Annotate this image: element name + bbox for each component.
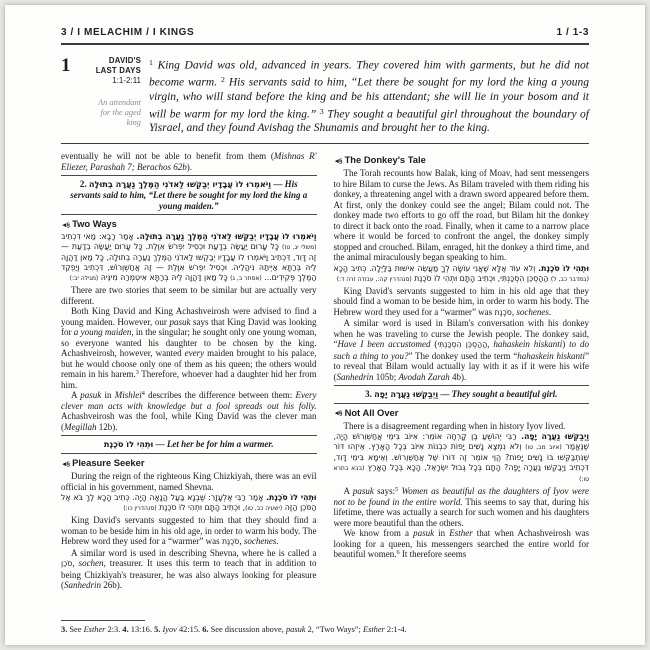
verse-commentary-divider bbox=[61, 143, 589, 144]
verse-comment-header: וּתְהִי לוֹ סֹכֶנֶת — Let her be for him… bbox=[67, 439, 311, 450]
verse-translation-text: 1 King David was old, advanced in years.… bbox=[149, 56, 589, 136]
commentary-paragraph: Both King David and King Achashveirosh w… bbox=[61, 306, 317, 390]
verse-comment-header: 2. וַיֹּאמְרוּ לוֹ עֲבָדָיו יְבַקְשׁוּ ל… bbox=[67, 179, 311, 211]
commentary-paragraph: A pasuk says:5 Women as beautiful as the… bbox=[334, 486, 590, 528]
commentary-paragraph: There is a disagreement regarding when i… bbox=[334, 421, 590, 432]
commentary-left-column: eventually he will not be able to benefi… bbox=[61, 151, 317, 591]
footnote-text: 3. See Esther 2:3. 4. 13:16. 5. Iyov 42:… bbox=[61, 625, 589, 635]
section-marker-icon: ◄§ bbox=[61, 222, 69, 229]
running-header: 3 / I MELACHIM / I KINGS 1 / 1-3 bbox=[61, 27, 589, 45]
divider-rule bbox=[61, 214, 317, 215]
commentary-columns: eventually he will not be able to benefi… bbox=[61, 151, 589, 591]
margin-summary-note: An attendant for the aged king bbox=[91, 98, 141, 128]
footnote-separator-rule bbox=[61, 620, 145, 621]
talmud-source-quote-hebrew: וַיֹּאמְרוּ לוֹ עֲבָדָיו יְבַקְשׁוּ לַאד… bbox=[61, 232, 317, 284]
verse-comment-header: 3. וַיְבַקְשׁוּ נַעֲרָה יָפָה — They sou… bbox=[340, 389, 584, 400]
margin-section-title: DAVID'S LAST DAYS bbox=[91, 56, 141, 75]
insight-section-label: Pleasure Seeker bbox=[72, 457, 144, 468]
divider-rule bbox=[61, 175, 317, 176]
talmud-source-quote-hebrew: וּתְהִי לוֹ סֹכֶנֶת. וְלֹא עוֹד אֶלָּא ש… bbox=[334, 264, 590, 285]
section-marker-icon: ◄§ bbox=[334, 410, 342, 417]
commentary-paragraph: A similar word is used in Bilam's conver… bbox=[334, 318, 590, 382]
insight-section-label: Not All Over bbox=[345, 407, 399, 418]
commentary-paragraph: During the reign of the righteous King C… bbox=[61, 471, 317, 492]
commentary-paragraph: King David's servants suggested to him t… bbox=[61, 515, 317, 548]
insight-section-label: Two Ways bbox=[72, 218, 117, 229]
divider-rule bbox=[334, 403, 590, 404]
insight-section-title: ◄§The Donkey's Tale bbox=[334, 155, 590, 167]
footnote-area: 3. See Esther 2:3. 4. 13:16. 5. Iyov 42:… bbox=[61, 620, 589, 635]
commentary-paragraph: King David's servants suggested to him i… bbox=[334, 286, 590, 319]
divider-rule bbox=[334, 385, 590, 386]
commentary-right-column: ◄§The Donkey's TaleThe Torah recounts ho… bbox=[334, 151, 590, 591]
commentary-paragraph: There are two stories that seem to be si… bbox=[61, 285, 317, 306]
commentary-paragraph: The Torah recounts how Balak, king of Mo… bbox=[334, 168, 590, 263]
insight-section-title: ◄§Not All Over bbox=[334, 408, 590, 420]
margin-verse-range: 1:1-2:11 bbox=[91, 76, 141, 85]
running-header-book-title: 3 / I MELACHIM / I KINGS bbox=[61, 27, 194, 38]
running-header-page-locator: 1 / 1-3 bbox=[556, 27, 589, 38]
translated-verse-section: 1 DAVID'S LAST DAYS 1:1-2:11 An attendan… bbox=[61, 56, 589, 136]
commentary-paragraph: A pasuk in Mishlei4 describes the differ… bbox=[61, 390, 317, 432]
chapter-number: 1 bbox=[61, 56, 91, 136]
commentary-paragraph: A similar word is used in describing She… bbox=[61, 548, 317, 591]
insight-section-title: ◄§Pleasure Seeker bbox=[61, 458, 317, 470]
insight-section-label: The Donkey's Tale bbox=[345, 154, 426, 165]
commentary-paragraph: We know from a pasuk in Esther that when… bbox=[334, 528, 590, 560]
book-page: 3 / I MELACHIM / I KINGS 1 / 1-3 1 DAVID… bbox=[5, 5, 645, 645]
section-marker-icon: ◄§ bbox=[61, 461, 69, 468]
insight-section-title: ◄§Two Ways bbox=[61, 219, 317, 231]
margin-column: DAVID'S LAST DAYS 1:1-2:11 An attendant … bbox=[91, 56, 141, 136]
talmud-source-quote-hebrew: וּתְהִי לוֹ סֹכֶנֶת. אָמַר רַבִּי אֶלְעָ… bbox=[61, 493, 317, 514]
talmud-source-quote-hebrew: וַיְבַקְשׁוּ נַעֲרָה יָפָה. רַבִּי יְהוֹ… bbox=[334, 432, 590, 485]
section-marker-icon: ◄§ bbox=[334, 158, 342, 165]
commentary-paragraph: eventually he will not be able to benefi… bbox=[61, 151, 317, 172]
divider-rule bbox=[61, 453, 317, 454]
divider-rule bbox=[61, 435, 317, 436]
